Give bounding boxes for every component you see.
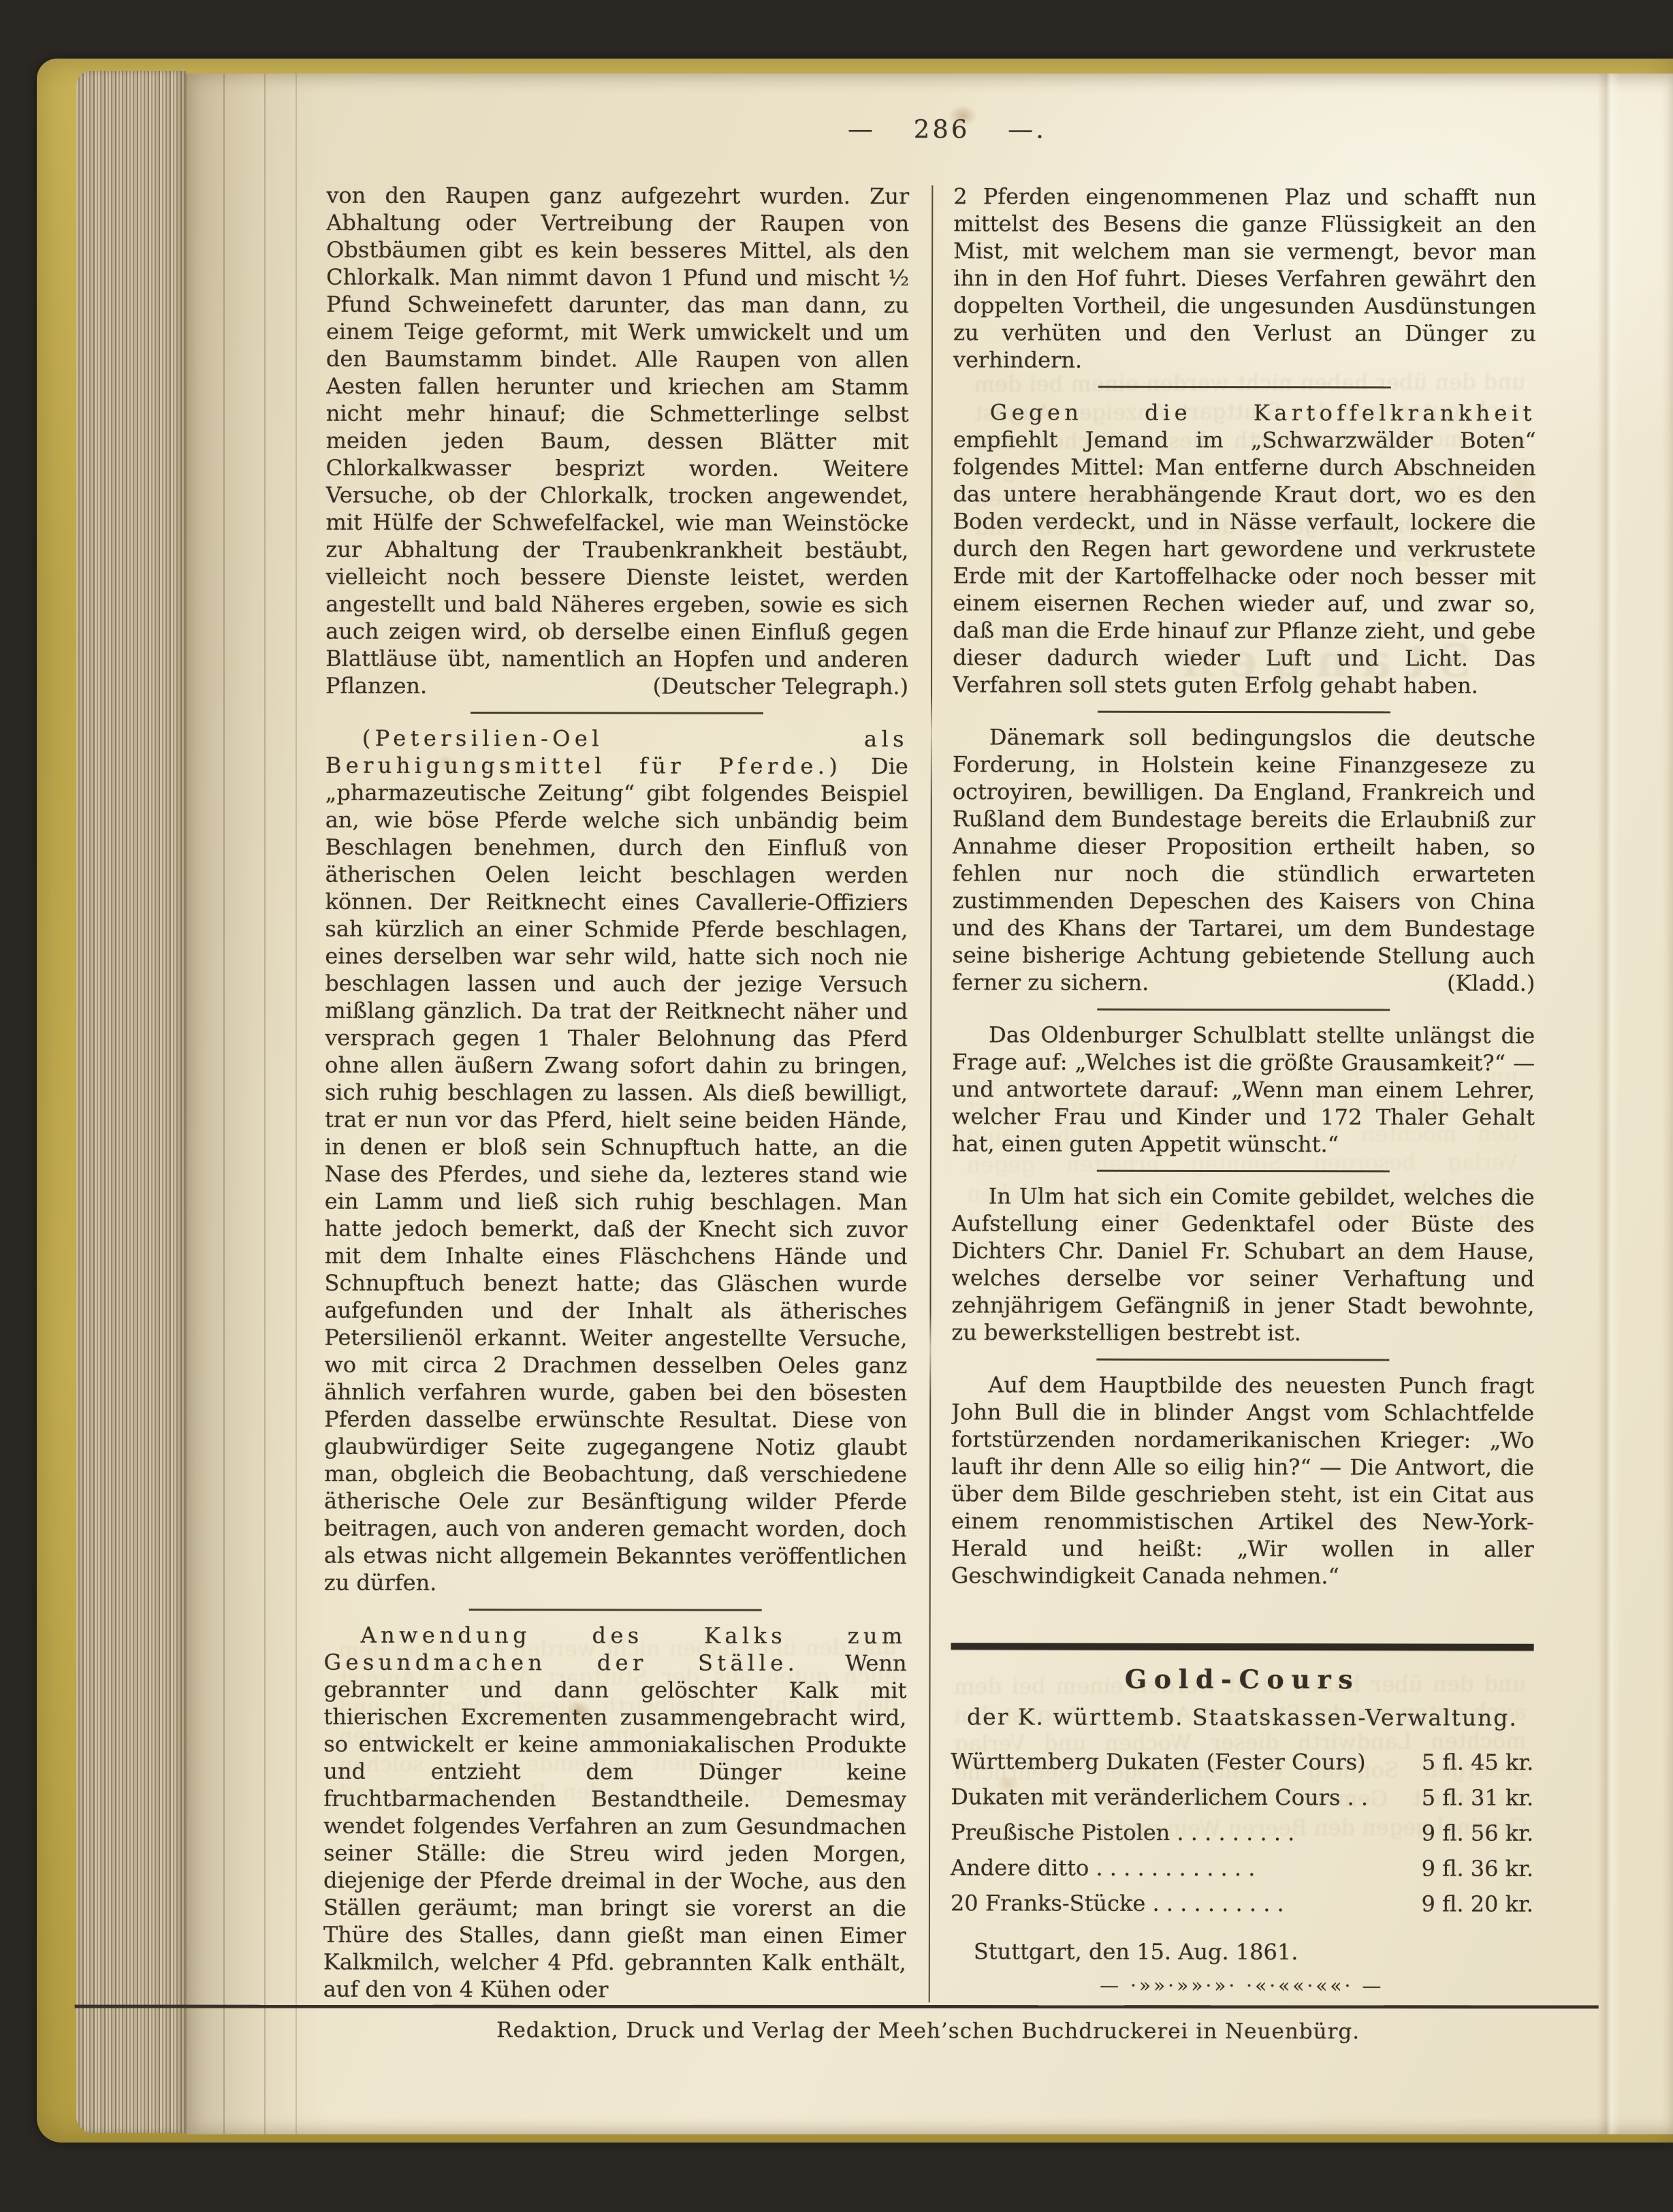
section-divider: [1098, 386, 1391, 389]
article-mist-verfahren: 2 Pferden eingenommenen Plaz und schafft…: [953, 183, 1536, 374]
gold-cours-subtitle: der K. württemb. Staatskassen-Verwaltung…: [951, 1703, 1533, 1731]
gold-cours-label: 20 Franks-Stücke . . . . . . . . . .: [951, 1885, 1284, 1921]
right-column: 2 Pferden eingenommenen Plaz und schafft…: [951, 183, 1537, 1635]
gold-cours-label: Andere ditto . . . . . . . . . . . .: [951, 1850, 1255, 1886]
page-number: — 286 —.: [342, 114, 1552, 145]
gold-cours-row: Andere ditto . . . . . . . . . . . . 9 f…: [951, 1850, 1533, 1886]
gold-cours-row: 20 Franks-Stücke . . . . . . . . . . 9 f…: [951, 1885, 1533, 1921]
paragraph-intro: Anwendung des Kalks zum Gesundmachen der…: [324, 1622, 907, 1676]
paragraph-text: In Ulm hat sich ein Comite gebildet, wel…: [951, 1183, 1534, 1346]
column-divider: [929, 185, 934, 2002]
section-divider: [469, 1609, 762, 1611]
gold-cours-value: 9 fl. 56 kr.: [1422, 1816, 1534, 1851]
gold-cours-dateline: Stuttgart, den 15. Aug. 1861.: [951, 1935, 1533, 1968]
article-raupen-chlorkalk: von den Raupen ganz aufgezehrt wurden. Z…: [325, 182, 909, 700]
gold-cours-value: 5 fl. 31 kr.: [1422, 1780, 1534, 1816]
article-kalk-staelle: Anwendung des Kalks zum Gesundmachen der…: [323, 1622, 907, 2002]
section-divider: [1096, 1359, 1389, 1361]
left-column: von den Raupen ganz aufgezehrt wurden. Z…: [323, 182, 910, 2002]
page-content: und den über haben nicht werden einem be…: [0, 0, 1673, 2212]
paragraph-text: von den Raupen ganz aufgezehrt wurden. Z…: [325, 183, 909, 699]
source-attribution: (Deutscher Telegraph.): [653, 673, 909, 701]
section-divider: [1097, 1009, 1390, 1011]
article-ulm-schubart: In Ulm hat sich ein Comite gebildet, wel…: [951, 1182, 1534, 1346]
footer-rule: [75, 2005, 1599, 2009]
gold-cours-row: Württemberg Dukaten (Fester Cours) 5 fl.…: [951, 1743, 1533, 1780]
gold-cours-label: Preußische Pistolen . . . . . . . . .: [951, 1814, 1294, 1850]
gold-cours-row: Preußische Pistolen . . . . . . . . . 9 …: [951, 1814, 1533, 1850]
paragraph-text: Auf dem Hauptbilde des neuesten Punch fr…: [951, 1372, 1535, 1589]
gold-cours-value: 9 fl. 20 kr.: [1421, 1886, 1533, 1922]
gold-cours-label: Dukaten mit veränderlichem Cours . .: [951, 1779, 1368, 1815]
gold-cours-top-rule: [951, 1643, 1534, 1650]
paragraph-text: Wenn gebrannter und dann gelöschter Kalk…: [323, 1650, 907, 2002]
article-petersilienoel: (Petersilien-Oel als Beruhigungsmittel f…: [324, 725, 908, 1597]
gold-cours-row: Dukaten mit veränderlichem Cours . . 5 f…: [951, 1779, 1533, 1815]
gold-cours-title: Gold-Cours: [951, 1663, 1533, 1694]
gold-cours-section: Gold-Cours der K. württemb. Staatskassen…: [951, 1643, 1534, 1997]
paragraph-intro: (Petersilien-Oel als Beruhigungsmittel f…: [325, 725, 908, 779]
paragraph-text: 2 Pferden eingenommenen Plaz und schafft…: [953, 183, 1536, 373]
article-oldenburger-schulblatt: Das Oldenburger Schulblatt stellte unlän…: [952, 1021, 1535, 1158]
paragraph-text: Das Oldenburger Schulblatt stellte unlän…: [952, 1022, 1535, 1157]
gold-cours-value: 9 fl. 36 kr.: [1422, 1851, 1534, 1886]
imprint-line: Redaktion, Druck und Verlag der Meeh’sch…: [323, 2018, 1533, 2044]
source-attribution: (Kladd.): [1410, 969, 1535, 996]
paragraph-intro: Gegen die Kartoffelkrankheit: [990, 399, 1536, 426]
paragraph-text: empfiehlt Jemand im „Schwarzwälder Boten…: [953, 426, 1536, 698]
ornament-divider: — ·»»·»»·»· ·«·««·««· —: [951, 1974, 1533, 1997]
scanned-page: und den über haben nicht werden einem be…: [0, 0, 1673, 2212]
section-divider: [1098, 711, 1390, 714]
article-punch-canada: Auf dem Hauptbilde des neuesten Punch fr…: [951, 1371, 1535, 1590]
article-daenemark-holstein: Dänemark soll bedingungslos die deutsche…: [952, 723, 1535, 996]
gold-cours-label: Württemberg Dukaten (Fester Cours): [951, 1743, 1365, 1780]
gold-cours-value: 5 fl. 45 kr.: [1422, 1745, 1534, 1780]
article-kartoffelkrankheit: Gegen die Kartoffelkrankheit empfiehlt J…: [953, 398, 1536, 699]
section-divider: [471, 712, 763, 714]
paragraph-text: Die „pharmazeutische Zeitung“ gibt folge…: [324, 753, 908, 1596]
section-divider: [1097, 1170, 1390, 1173]
paragraph-text: Dänemark soll bedingungslos die deutsche…: [952, 724, 1535, 995]
